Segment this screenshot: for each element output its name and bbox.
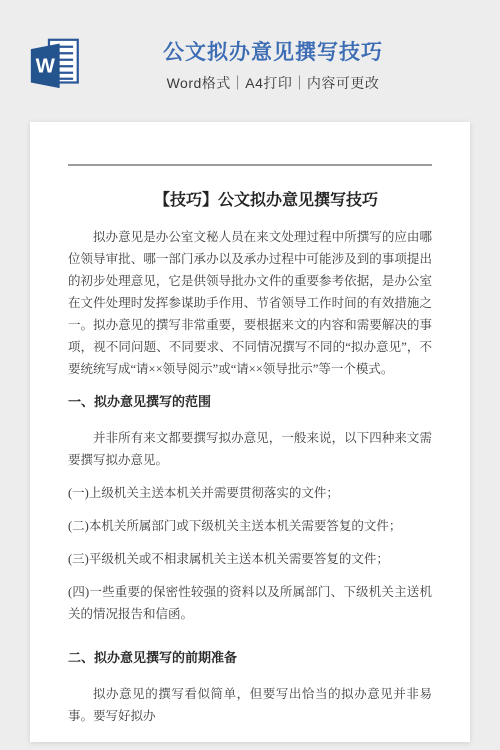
doc-paragraph: 拟办意见是办公室文秘人员在来文处理过程中所撰写的应由哪位领导审批、哪一部门承办以… — [68, 226, 432, 380]
document-body: 拟办意见是办公室文秘人员在来文处理过程中所撰写的应由哪位领导审批、哪一部门承办以… — [68, 226, 432, 727]
section-heading: 二、拟办意见撰写的前期准备 — [68, 647, 432, 669]
doc-list-item: (二)本机关所属部门或下级机关主送本机关需要答复的文件； — [68, 515, 432, 537]
word-logo-svg: W — [29, 37, 81, 89]
word-logo-icon: W — [29, 37, 81, 89]
doc-paragraph: 拟办意见的撰写看似简单，但要写出恰当的拟办意见并非易事。要写好拟办 — [68, 683, 432, 727]
doc-list-item: (一)上级机关主送本机关并需要贯彻落实的文件； — [68, 482, 432, 504]
doc-list-item: (三)平级机关或不相隶属机关主送本机关需要答复的文件； — [68, 548, 432, 570]
document-title: 【技巧】公文拟办意见撰写技巧 — [68, 190, 432, 212]
page-subtitle: Word格式｜A4打印｜内容可更改 — [46, 73, 500, 93]
section-heading: 一、拟办意见撰写的范围 — [68, 391, 432, 413]
doc-list-item: (四)一些重要的保密性较强的资料以及所属部门、下级机关主送机关的情况报告和信函。 — [68, 581, 432, 625]
page-background: { "page": { "background_color": "#ededed… — [0, 0, 500, 750]
header-text: 公文拟办意见撰写技巧 Word格式｜A4打印｜内容可更改 — [46, 0, 500, 93]
divider — [68, 164, 432, 166]
header: W 公文拟办意见撰写技巧 Word格式｜A4打印｜内容可更改 — [0, 0, 500, 122]
page-title: 公文拟办意见撰写技巧 — [46, 41, 500, 65]
doc-paragraph: 并非所有来文都要撰写拟办意见，一般来说，以下四种来文需要撰写拟办意见。 — [68, 427, 432, 471]
document-preview-card: 【技巧】公文拟办意见撰写技巧 拟办意见是办公室文秘人员在来文处理过程中所撰写的应… — [30, 122, 470, 742]
word-letter: W — [36, 55, 56, 77]
